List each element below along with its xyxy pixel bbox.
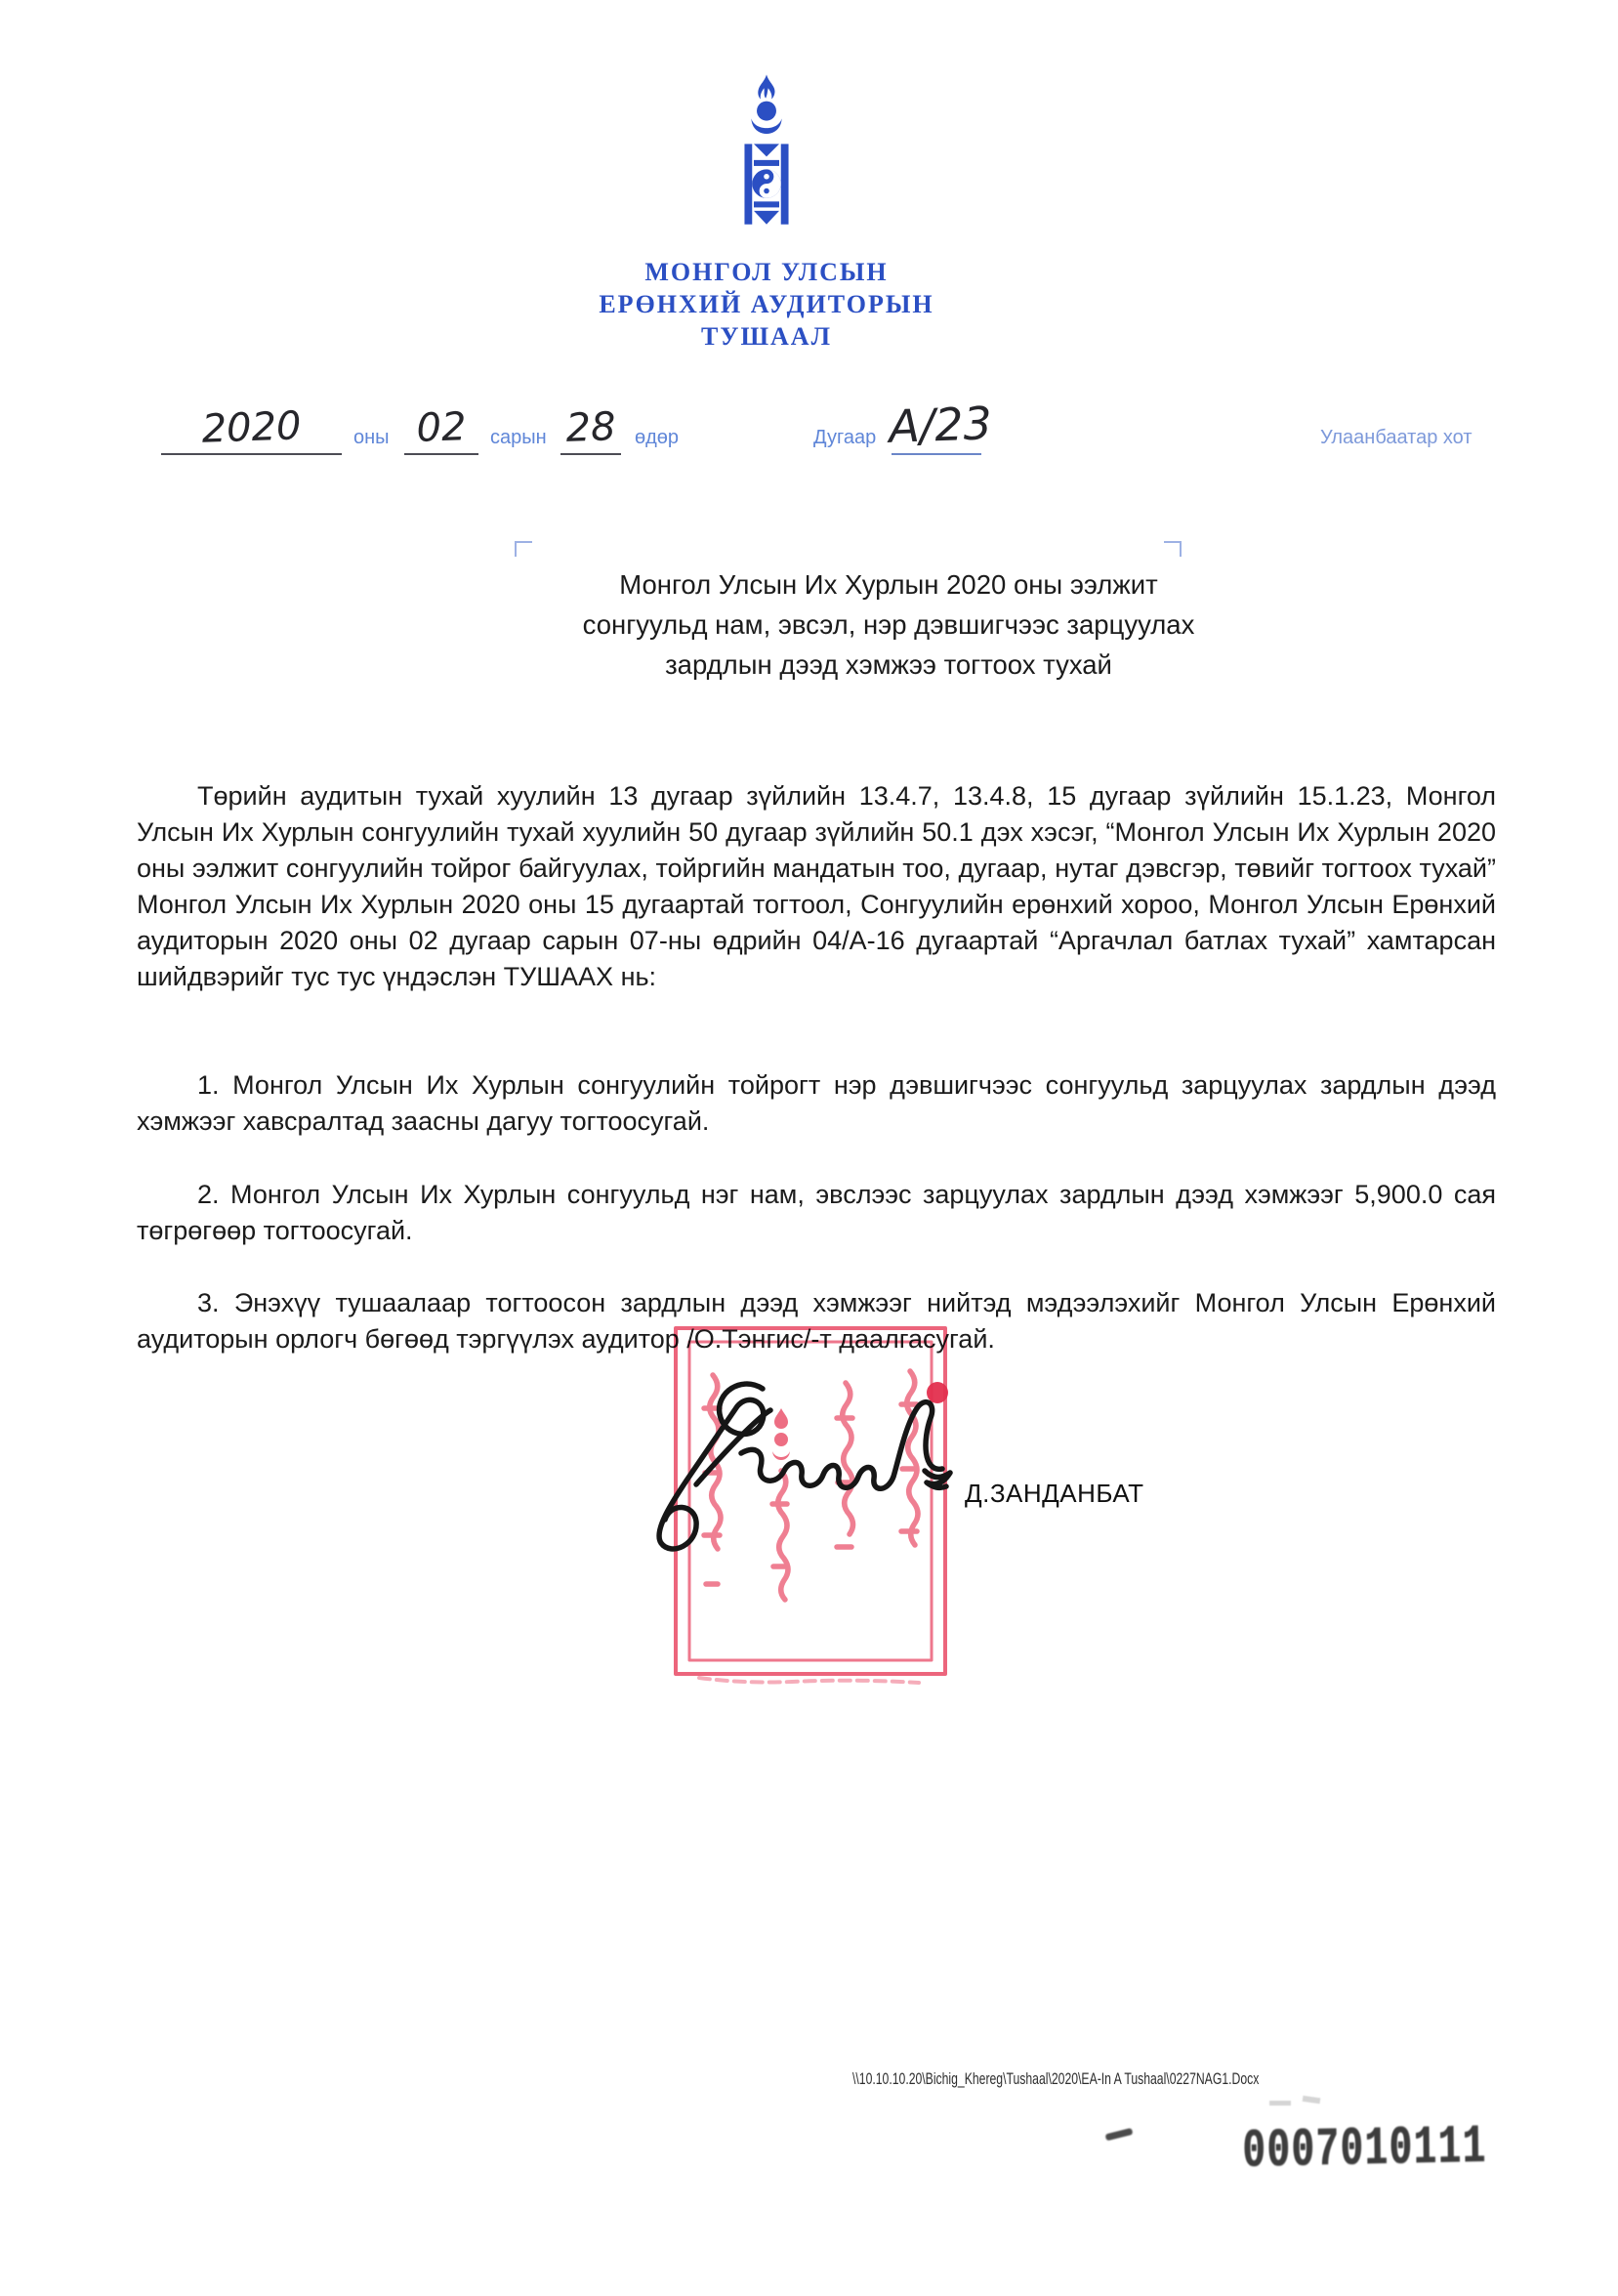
year-label: оны xyxy=(353,427,390,449)
month-handwritten: 02 xyxy=(403,404,479,452)
org-title-line: МОНГОЛ УЛСЫН xyxy=(599,256,933,288)
registration-stamp-number: 0007010111 xyxy=(1242,2116,1487,2183)
intro-paragraph: Төрийн аудитын тухай хуулийн 13 дугаар з… xyxy=(137,778,1496,995)
org-title: МОНГОЛ УЛСЫН ЕРӨНХИЙ АУДИТОРЫН ТУШААЛ xyxy=(599,256,933,353)
ink-smudge xyxy=(1303,2096,1321,2104)
order-item-2: 2. Монгол Улсын Их Хурлын сонгуульд нэг … xyxy=(137,1177,1496,1249)
soyombo-emblem-icon xyxy=(728,74,805,249)
city-label: Улаанбаатар хот xyxy=(1320,427,1473,449)
number-handwritten: А/23 xyxy=(886,397,995,453)
day-handwritten: 28 xyxy=(560,404,622,451)
day-label: өдөр xyxy=(635,427,679,449)
order-item-1: 1. Монгол Улсын Их Хурлын сонгуулийн той… xyxy=(137,1067,1496,1140)
document-title-line: зардлын дээд хэмжээ тогтоох тухай xyxy=(469,645,1308,685)
document-page: МОНГОЛ УЛСЫН ЕРӨНХИЙ АУДИТОРЫН ТУШААЛ 20… xyxy=(0,0,1618,2296)
ink-smudge xyxy=(1269,2101,1291,2106)
file-path: \\10.10.10.20\Bichig_Khereg\Tushaal\2020… xyxy=(852,2070,1259,2089)
signer-name: Д.ЗАНДАНБАТ xyxy=(965,1479,1144,1509)
document-title: Монгол Улсын Их Хурлын 2020 оны ээлжит с… xyxy=(469,564,1308,685)
ink-smudge-dash xyxy=(1105,2128,1134,2142)
signature-scribble xyxy=(647,1367,962,1583)
text-boundary-mark-left xyxy=(515,541,532,557)
number-label: Дугаар xyxy=(813,427,876,449)
text-boundary-mark-right xyxy=(1164,541,1182,557)
month-label: сарын xyxy=(490,427,547,449)
org-title-line: ЕРӨНХИЙ АУДИТОРЫН xyxy=(599,288,933,320)
year-handwritten: 2020 xyxy=(160,402,342,453)
document-title-line: Монгол Улсын Их Хурлын 2020 оны ээлжит xyxy=(469,564,1308,605)
org-title-line: ТУШААЛ xyxy=(599,320,933,353)
document-title-line: сонгуульд нам, эвсэл, нэр дэвшигчээс зар… xyxy=(469,605,1308,645)
